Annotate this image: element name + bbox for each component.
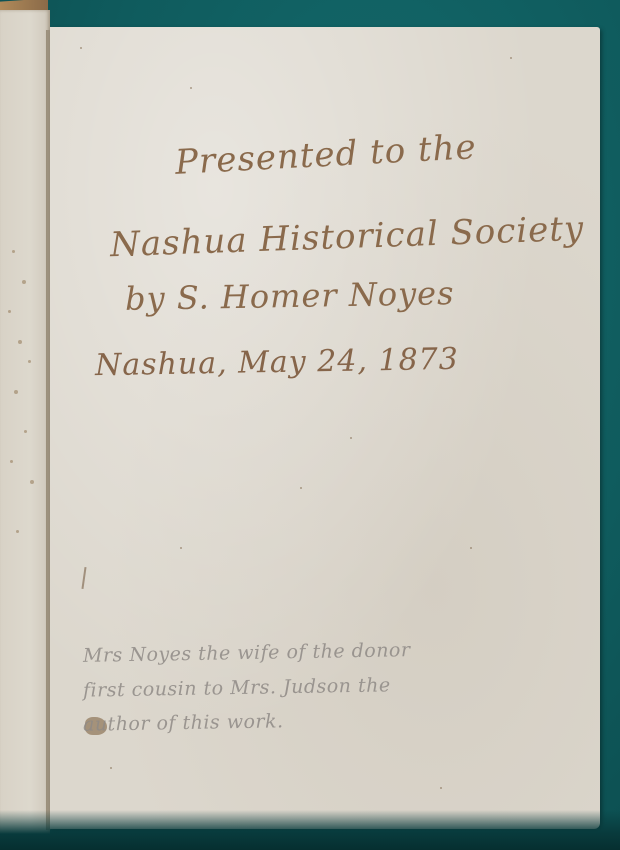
pencil-mark <box>81 567 86 589</box>
inscription-line-2: Nashua Historical Society <box>109 209 584 266</box>
flyleaf-page: Presented to the Nashua Historical Socie… <box>50 27 600 829</box>
pencil-note-line-2: first cousin to Mrs. Judson the <box>83 674 391 701</box>
inscription-line-3: by S. Homer Noyes <box>125 274 455 318</box>
inscription-date: Nashua, May 24, 1873 <box>95 342 459 383</box>
facing-page-left <box>0 10 50 840</box>
inscription-line-1: Presented to the <box>174 127 477 183</box>
felt-shadow <box>0 810 620 850</box>
pencil-note-line-1: Mrs Noyes the wife of the donor <box>83 639 411 667</box>
pencil-note-line-3: author of this work. <box>83 710 284 735</box>
